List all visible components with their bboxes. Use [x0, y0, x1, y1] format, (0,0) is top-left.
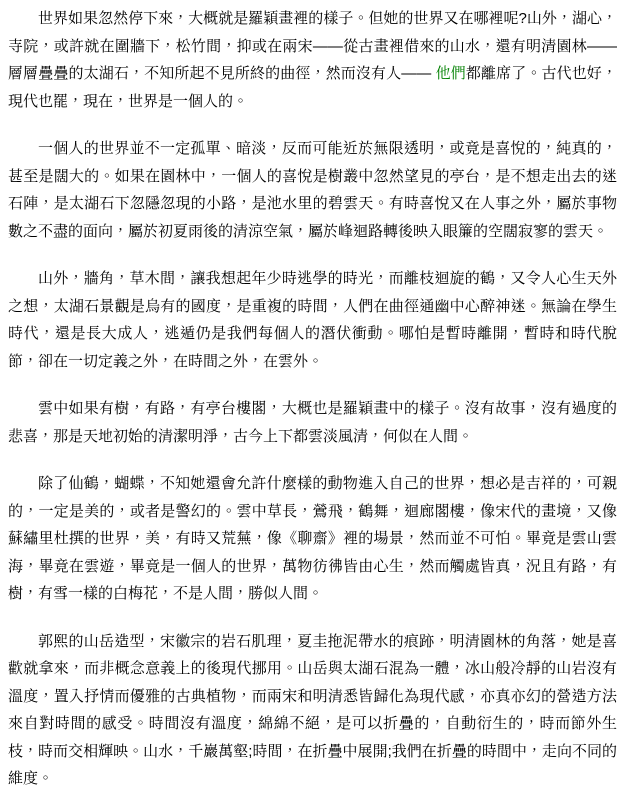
paragraph-4: 雲中如果有樹，有路，有亭台樓閣，大概也是羅穎畫中的樣子。沒有故事，沒有過度的悲喜… — [8, 395, 617, 450]
paragraph-6: 郭熙的山岳造型，宋徽宗的岩石肌理，夏圭拖泥帶水的痕跡，明清園林的角落，她是喜歡就… — [8, 628, 617, 793]
paragraph-2: 一個人的世界並不一定孤單、暗淡，反而可能近於無限透明，或竟是喜悅的，純真的，甚至… — [8, 135, 617, 245]
paragraph-3: 山外，牆角，草木間，讓我想起年少時逃學的時光，而離枝迴旋的鶴，又令人心生天外之想… — [8, 265, 617, 375]
document-body: 世界如果忽然停下來，大概就是羅穎畫裡的樣子。但她的世界又在哪裡呢?山外，湖心，寺… — [0, 0, 625, 793]
paragraph-5: 除了仙鶴，蝴蝶，不知她還會允許什麼樣的動物進入自己的世界，想必是吉祥的，可親的，… — [8, 470, 617, 608]
paragraph-1: 世界如果忽然停下來，大概就是羅穎畫裡的樣子。但她的世界又在哪裡呢?山外，湖心，寺… — [8, 5, 617, 115]
highlighted-word: 他們 — [436, 65, 466, 82]
